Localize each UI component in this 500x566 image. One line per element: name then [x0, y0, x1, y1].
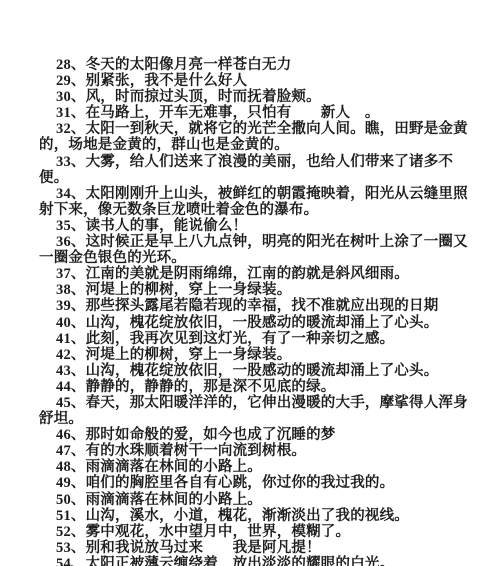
item-number: 46、: [56, 427, 86, 443]
item-text: 咱们的胸腔里各自有心跳，你过你的我过我的。: [86, 475, 395, 491]
item-number: 36、: [56, 234, 86, 250]
item-text: 读书人的事，能说偷么！: [86, 218, 248, 234]
list-item: 29、别紧张，我不是什么好人: [39, 73, 478, 89]
item-text: 冬天的太阳像月亮一样苍白无力: [86, 57, 292, 73]
item-text: 那时如命般的爱，如今也成了沉睡的梦: [86, 427, 336, 443]
item-number: 51、: [56, 508, 86, 524]
item-number: 30、: [56, 89, 86, 105]
list-item: 44、静静的，静静的，那是深不见底的绿。: [39, 379, 478, 395]
item-text: 山沟，溪水，小道，槐花，渐渐淡出了我的视线。: [86, 508, 409, 524]
item-number: 41、: [56, 331, 86, 347]
item-number: 40、: [56, 315, 86, 331]
list-item: 32、太阳一到秋天，就将它的光芒全撒向人间。瞧，田野是金黄的，场地是金黄的，群山…: [39, 121, 478, 153]
list-item: 49、咱们的胸腔里各自有心跳，你过你的我过我的。: [39, 475, 478, 491]
list-item: 38、河堤上的柳树，穿上一身绿装。: [39, 282, 478, 298]
item-number: 39、: [56, 298, 86, 314]
item-number: 54、: [56, 556, 86, 566]
item-number: 53、: [56, 540, 86, 556]
item-number: 37、: [56, 266, 86, 282]
item-text: 雾中观花，水中望月中，世界，模糊了。: [86, 524, 351, 540]
item-text: 河堤上的柳树，穿上一身绿装。: [86, 347, 292, 363]
list-item: 33、大雾，给人们送来了浪漫的美丽，也给人们带来了诸多不便。: [39, 154, 478, 186]
item-text: 大雾，给人们送来了浪漫的美丽，也给人们带来了诸多不便。: [39, 154, 453, 186]
list-item: 52、雾中观花，水中望月中，世界，模糊了。: [39, 524, 478, 540]
list-item: 36、这时候正是早上八九点钟，明亮的阳光在树叶上涂了一圈又一圈金色银色的光环。: [39, 234, 478, 266]
item-text: 别紧张，我不是什么好人: [86, 73, 248, 89]
item-number: 47、: [56, 443, 86, 459]
list-item: 42、河堤上的柳树，穿上一身绿装。: [39, 347, 478, 363]
item-text: 别和我说放马过来 我是阿凡提！: [86, 540, 321, 556]
item-number: 28、: [56, 57, 86, 73]
list-item: 50、雨滴滴落在林间的小路上。: [39, 492, 478, 508]
item-text: 那些探头露尾若隐若现的幸福，找不准就应出现的日期: [86, 298, 439, 314]
item-text: 在马路上，开车无难事，只怕有 新人 。: [86, 105, 380, 121]
list-item: 54、太阳正被薄云缠绕着，放出淡淡的耀眼的白光。: [39, 556, 478, 566]
item-text: 太阳正被薄云缠绕着，放出淡淡的耀眼的白光。: [86, 556, 395, 566]
sentence-list: 28、冬天的太阳像月亮一样苍白无力29、别紧张，我不是什么好人30、风，时而掠过…: [39, 57, 478, 566]
list-item: 34、太阳刚刚升上山头，被鲜红的朝霞掩映着，阳光从云缝里照射下来，像无数条巨龙喷…: [39, 186, 478, 218]
item-text: 雨滴滴落在林间的小路上。: [86, 459, 262, 475]
list-item: 39、那些探头露尾若隐若现的幸福，找不准就应出现的日期: [39, 298, 478, 314]
list-item: 30、风，时而掠过头顶，时而抚着脸颊。: [39, 89, 478, 105]
list-item: 46、那时如命般的爱，如今也成了沉睡的梦: [39, 427, 478, 443]
item-text: 山沟，槐花绽放依旧，一股感动的暖流却涌上了心头。: [86, 363, 439, 379]
item-number: 52、: [56, 524, 86, 540]
item-number: 44、: [56, 379, 86, 395]
item-number: 49、: [56, 475, 86, 491]
item-number: 48、: [56, 459, 86, 475]
item-text: 太阳刚刚升上山头，被鲜红的朝霞掩映着，阳光从云缝里照射下来，像无数条巨龙喷吐着金…: [39, 186, 468, 218]
list-item: 47、有的水珠顺着树干一向流到树根。: [39, 443, 478, 459]
item-text: 此刻，我再次见到这灯光，有了一种亲切之感。: [86, 331, 395, 347]
list-item: 28、冬天的太阳像月亮一样苍白无力: [39, 57, 478, 73]
item-number: 38、: [56, 282, 86, 298]
item-number: 33、: [56, 154, 86, 170]
list-item: 43、山沟，槐花绽放依旧，一股感动的暖流却涌上了心头。: [39, 363, 478, 379]
list-item: 51、山沟，溪水，小道，槐花，渐渐淡出了我的视线。: [39, 508, 478, 524]
item-number: 32、: [56, 121, 86, 137]
item-number: 45、: [56, 395, 86, 411]
list-item: 35、读书人的事，能说偷么！: [39, 218, 478, 234]
item-text: 春天，那太阳暖洋洋的，它伸出漫暖的大手，摩挲得人浑身舒坦。: [39, 395, 468, 427]
item-number: 34、: [56, 186, 86, 202]
item-text: 静静的，静静的，那是深不见底的绿。: [86, 379, 336, 395]
item-text: 山沟，槐花绽放依旧，一股感动的暖流却涌上了心头。: [86, 315, 439, 331]
item-text: 风，时而掠过头顶，时而抚着脸颊。: [86, 89, 321, 105]
item-text: 江南的美就是阴雨绵绵，江南的韵就是斜风细雨。: [86, 266, 409, 282]
item-text: 这时候正是早上八九点钟，明亮的阳光在树叶上涂了一圈又一圈金色银色的光环。: [39, 234, 468, 266]
list-item: 41、此刻，我再次见到这灯光，有了一种亲切之感。: [39, 331, 478, 347]
item-number: 42、: [56, 347, 86, 363]
item-number: 31、: [56, 105, 86, 121]
item-text: 河堤上的柳树，穿上一身绿装。: [86, 282, 292, 298]
item-text: 太阳一到秋天，就将它的光芒全撒向人间。瞧，田野是金黄的，场地是金黄的，群山也是金…: [39, 121, 468, 153]
list-item: 31、在马路上，开车无难事，只怕有 新人 。: [39, 105, 478, 121]
list-item: 40、山沟，槐花绽放依旧，一股感动的暖流却涌上了心头。: [39, 315, 478, 331]
list-item: 37、江南的美就是阴雨绵绵，江南的韵就是斜风细雨。: [39, 266, 478, 282]
item-text: 有的水珠顺着树干一向流到树根。: [86, 443, 307, 459]
item-number: 50、: [56, 492, 86, 508]
list-item: 45、春天，那太阳暖洋洋的，它伸出漫暖的大手，摩挲得人浑身舒坦。: [39, 395, 478, 427]
item-text: 雨滴滴落在林间的小路上。: [86, 492, 262, 508]
document-page: 28、冬天的太阳像月亮一样苍白无力29、别紧张，我不是什么好人30、风，时而掠过…: [0, 0, 500, 566]
item-number: 35、: [56, 218, 86, 234]
item-number: 29、: [56, 73, 86, 89]
item-number: 43、: [56, 363, 86, 379]
list-item: 48、雨滴滴落在林间的小路上。: [39, 459, 478, 475]
list-item: 53、别和我说放马过来 我是阿凡提！: [39, 540, 478, 556]
